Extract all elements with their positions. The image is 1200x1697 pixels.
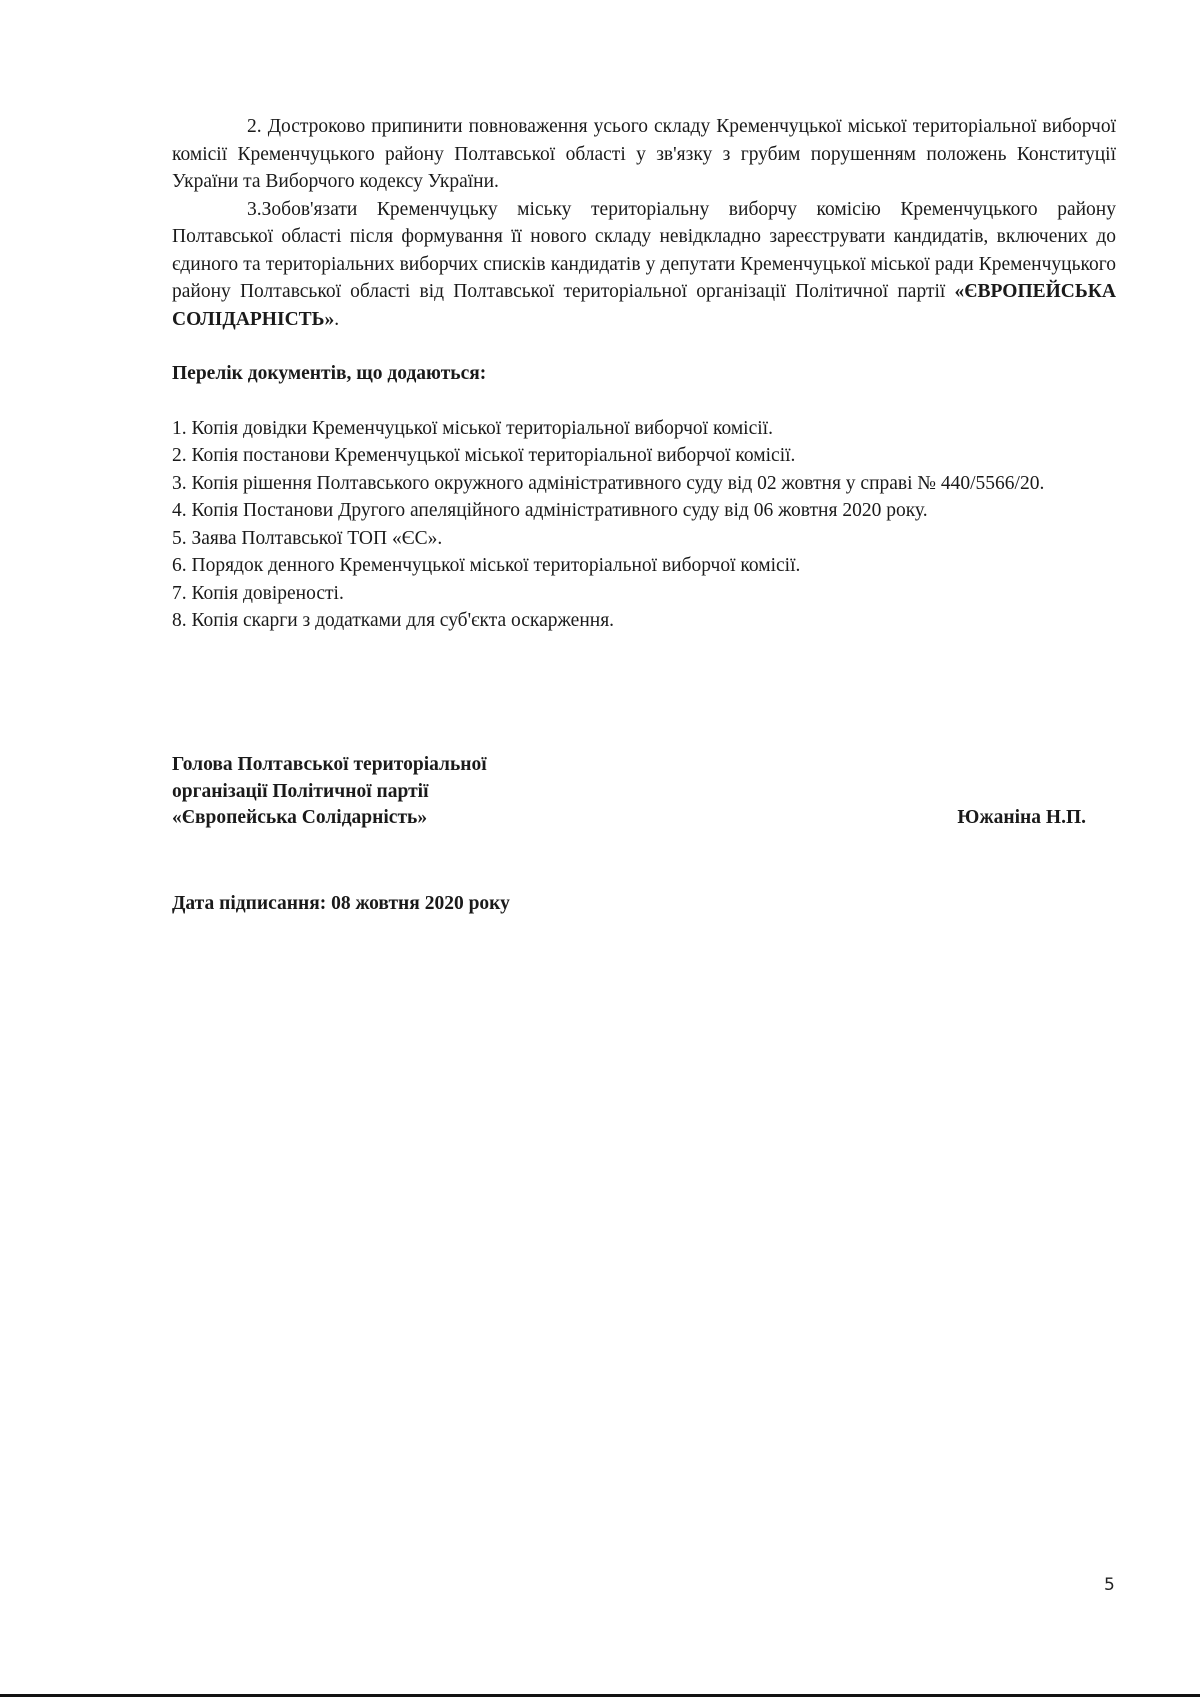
list-item: 4. Копія Постанови Другого апеляційного … [172,497,1116,525]
signature-title-line-1: Голова Полтавської територіальної [172,752,1116,779]
document-page: 2. Достроково припинити повноваження усь… [0,0,1200,1697]
list-item: 2. Копія постанови Кременчуцької міської… [172,442,1116,470]
attachments-list: 1. Копія довідки Кременчуцької міської т… [172,415,1116,635]
paragraph-3-end: . [334,309,339,330]
paragraph-3: 3.Зобов'язати Кременчуцьку міську терито… [172,196,1116,334]
list-item: 5. Заява Полтавської ТОП «ЄС». [172,525,1116,553]
list-item: 7. Копія довіреності. [172,580,1116,608]
list-item: 1. Копія довідки Кременчуцької міської т… [172,415,1116,443]
document-body: 2. Достроково припинити повноваження усь… [172,113,1116,635]
signature-row: «Європейська Солідарність» Южаніна Н.П. [172,805,1116,832]
page-number: 5 [1104,1575,1115,1595]
attachments-heading: Перелік документів, що додаються: [172,360,1116,388]
signature-title-line-3: «Європейська Солідарність» [172,805,427,832]
list-item: 3. Копія рішення Полтавського окружного … [172,470,1116,498]
paragraph-2: 2. Достроково припинити повноваження усь… [172,113,1116,196]
signatory-name: Южаніна Н.П. [957,805,1086,832]
signature-block: Голова Полтавської територіальної органі… [172,752,1116,832]
signing-date: Дата підписання: 08 жовтня 2020 року [172,893,510,915]
list-item: 6. Порядок денного Кременчуцької міської… [172,552,1116,580]
list-item: 8. Копія скарги з додатками для суб'єкта… [172,607,1116,635]
signature-title-line-2: організації Політичної партії [172,779,1116,806]
